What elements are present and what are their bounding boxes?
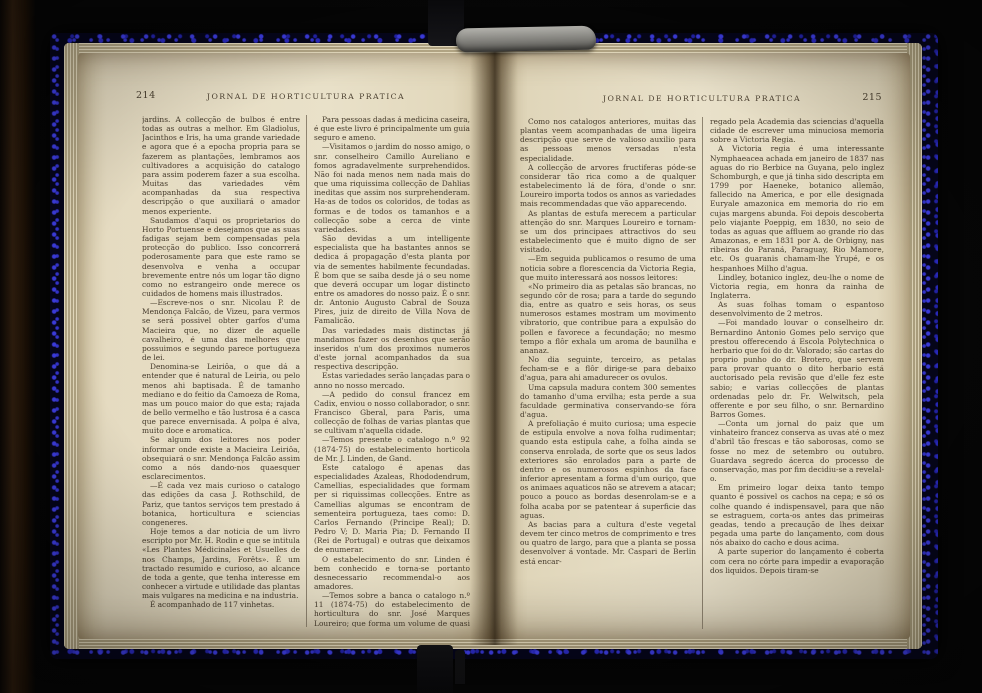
paragraph: A Victoria regia é uma interessante Nymp… (710, 144, 884, 272)
paragraph: «No primeiro dia as petalas são brancas,… (520, 282, 696, 355)
paragraph: Uma capsula madura contem 300 sementes d… (520, 383, 696, 420)
paragraph: Das variedades mais distinctas já mandam… (314, 326, 470, 372)
spine-headcap (456, 26, 596, 53)
left-page-content: 214 JORNAL DE HORTICULTURA PRATICA jardi… (142, 90, 470, 630)
paragraph: O estabelecimento do snr. Linden é bem c… (314, 555, 470, 592)
paragraph: —A pedido do consul francez em Cadix, en… (314, 390, 470, 436)
paragraph: Para pessoas dadas á medicina caseira, é… (314, 115, 470, 142)
page-stack-edge-left (64, 43, 79, 649)
paragraph: É acompanhado de 117 vinhetas. (142, 600, 300, 609)
text-column: Para pessoas dadas á medicina caseira, é… (306, 115, 470, 627)
paragraph: A collecção de arvores fructiferas póde-… (520, 163, 696, 209)
paragraph: Lindley, botanico inglez, deu-lhe o nome… (710, 273, 884, 300)
paragraph: —Foi mandado louvar o conselheiro dr. Be… (710, 318, 884, 419)
paragraph: Saudamos d'aqui os proprietarios do Hort… (142, 216, 300, 298)
right-page-header: JORNAL DE HORTICULTURA PRATICA 215 (520, 92, 884, 108)
text-column: Como nos catalogos anteriores, muitas da… (520, 117, 702, 629)
book-photograph: 214 JORNAL DE HORTICULTURA PRATICA jardi… (0, 0, 982, 693)
page-number: 215 (862, 92, 882, 103)
paragraph: Hoje temos a dar noticia de um livro esc… (142, 527, 300, 600)
paragraph: —Temos sobre a banca o catalogo n.º 11 (… (314, 591, 470, 627)
left-page-columns: jardins. A collecção de bulbos é entre t… (142, 115, 470, 627)
paragraph: Estas variedades serão lançadas para o a… (314, 371, 470, 389)
paragraph: As suas folhas tomam o espantoso desenvo… (710, 300, 884, 318)
paragraph: As bacias para a cultura d'este vegetal … (520, 520, 696, 566)
paragraph: —Escreve-nos o snr. Nicolau P. de Mendon… (142, 298, 300, 362)
running-title: JORNAL DE HORTICULTURA PRATICA (520, 94, 884, 103)
paragraph: Em primeiro logar deixa tanto tempo quan… (710, 483, 884, 547)
text-column: regado pela Academia das sciencias d'aqu… (702, 117, 884, 629)
paragraph: Denomina-se Leiriôa, o que dá a entender… (142, 362, 300, 435)
paragraph: —Conta um jornal do paiz que um vinhatei… (710, 419, 884, 483)
running-title: JORNAL DE HORTICULTURA PRATICA (142, 92, 470, 101)
right-page-columns: Como nos catalogos anteriores, muitas da… (520, 117, 884, 629)
paragraph: São devidas a um intelligente especialis… (314, 234, 470, 326)
paragraph: Se algum dos leitores nos poder informar… (142, 435, 300, 481)
paragraph: Como nos catalogos anteriores, muitas da… (520, 117, 696, 163)
paragraph: No dia seguinte, terceiro, as petalas fe… (520, 355, 696, 382)
paragraph: regado pela Academia das sciencias d'aqu… (710, 117, 884, 144)
shelf-edge (0, 0, 36, 693)
paragraph: —Temos presente o catalogo n.º 92 (1874-… (314, 435, 470, 462)
paragraph: jardins. A collecção de bulbos é entre t… (142, 115, 300, 216)
paragraph: A prefoliação é muito curiosa; uma espec… (520, 419, 696, 520)
left-page-header: 214 JORNAL DE HORTICULTURA PRATICA (142, 90, 470, 106)
spine-bottom (417, 645, 453, 693)
text-column: jardins. A collecção de bulbos é entre t… (142, 115, 306, 627)
paragraph: Este catalogo é apenas das especialidade… (314, 463, 470, 555)
spine-bottom-ribbon (455, 650, 465, 684)
paragraph: A parte superior do lançamento é coberta… (710, 547, 884, 574)
paragraph: —Em seguida publicamos o resumo de uma n… (520, 254, 696, 281)
paragraph: As plantas de estufa merecem a particula… (520, 209, 696, 255)
right-page-content: JORNAL DE HORTICULTURA PRATICA 215 Como … (520, 92, 884, 630)
paragraph: —Visitamos o jardim do nosso amigo, o sn… (314, 142, 470, 234)
paragraph: —É cada vez mais curioso o catalogo das … (142, 481, 300, 527)
